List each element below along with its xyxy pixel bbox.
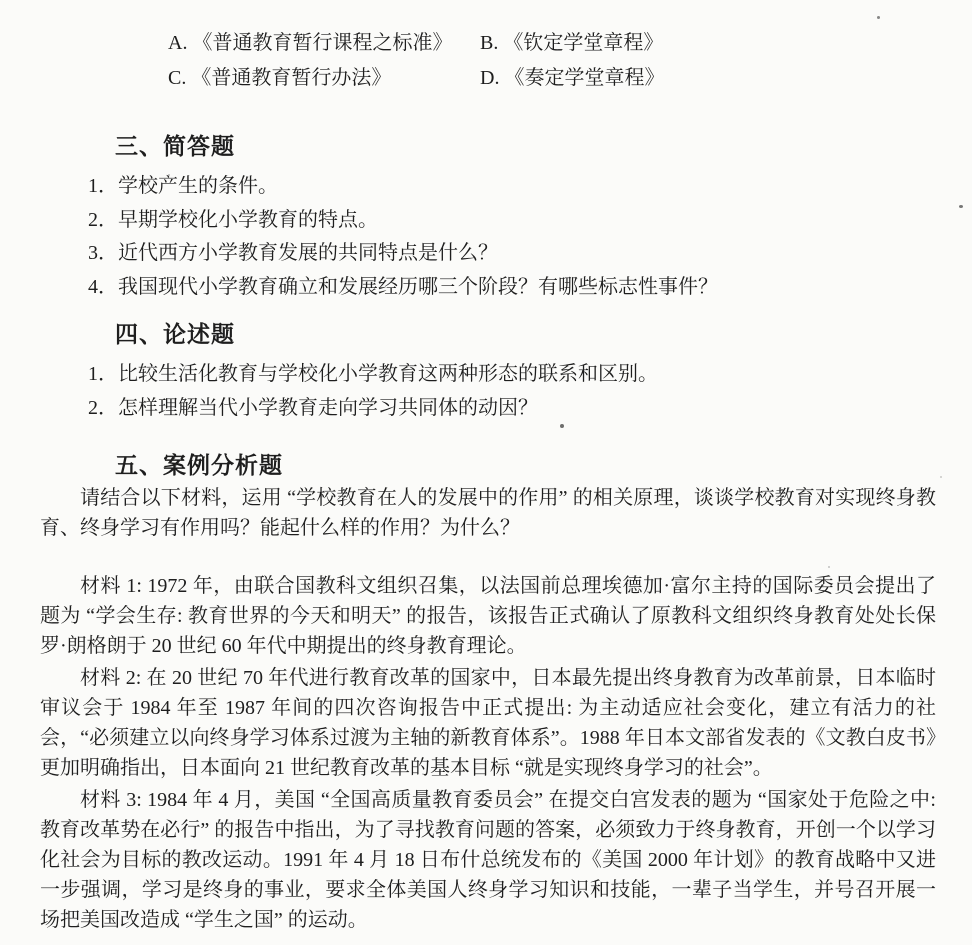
options-row-2: C. 《普通教育暂行办法》 D. 《奏定学堂章程》 [168,61,936,96]
essay-list: 1．比较生活化教育与学校化小学教育这两种形态的联系和区别。 2．怎样理解当代小学… [88,358,936,425]
scan-speck [959,205,963,208]
option-d: D. 《奏定学堂章程》 [480,61,936,96]
question-item: 3．近代西方小学教育发展的共同特点是什么？ [88,237,936,271]
case-analysis-intro: 请结合以下材料，运用 “学校教育在人的发展中的作用” 的相关原理，谈谈学校教育对… [40,483,936,543]
question-item: 2．早期学校化小学教育的特点。 [88,204,936,238]
section-heading-case-analysis: 五、案例分析题 [115,451,936,481]
question-item: 1．比较生活化教育与学校化小学教育这两种形态的联系和区别。 [88,358,936,392]
case-materials-block: 材料 1: 1972 年，由联合国教科文组织召集，以法国前总理埃德加·富尔主持的… [40,571,936,935]
material-1-paragraph: 材料 1: 1972 年，由联合国教科文组织召集，以法国前总理埃德加·富尔主持的… [40,571,936,661]
scan-speck [560,424,564,428]
choice-options-block: A. 《普通教育暂行课程之标准》 B. 《钦定学堂章程》 C. 《普通教育暂行办… [168,26,936,96]
scan-speck [877,16,880,19]
material-3-paragraph: 材料 3: 1984 年 4 月，美国 “全国高质量教育委员会” 在提交白宫发表… [40,785,936,935]
option-b: B. 《钦定学堂章程》 [480,26,936,61]
section-heading-essay: 四、论述题 [115,320,936,350]
option-a: A. 《普通教育暂行课程之标准》 [168,26,480,61]
scan-speck [940,476,942,478]
short-answer-list: 1．学校产生的条件。 2．早期学校化小学教育的特点。 3．近代西方小学教育发展的… [88,170,936,304]
material-2-paragraph: 材料 2: 在 20 世纪 70 年代进行教育改革的国家中，日本最先提出终身教育… [40,663,936,783]
scan-speck [828,566,830,568]
option-c: C. 《普通教育暂行办法》 [168,61,480,96]
question-item: 1．学校产生的条件。 [88,170,936,204]
options-row-1: A. 《普通教育暂行课程之标准》 B. 《钦定学堂章程》 [168,26,936,61]
scan-speck [168,174,170,176]
question-item: 2．怎样理解当代小学教育走向学习共同体的动因？ [88,392,936,426]
scanned-exam-page: A. 《普通教育暂行课程之标准》 B. 《钦定学堂章程》 C. 《普通教育暂行办… [0,0,972,945]
section-heading-short-answer: 三、简答题 [115,132,936,162]
question-item: 4．我国现代小学教育确立和发展经历哪三个阶段？有哪些标志性事件？ [88,271,936,305]
